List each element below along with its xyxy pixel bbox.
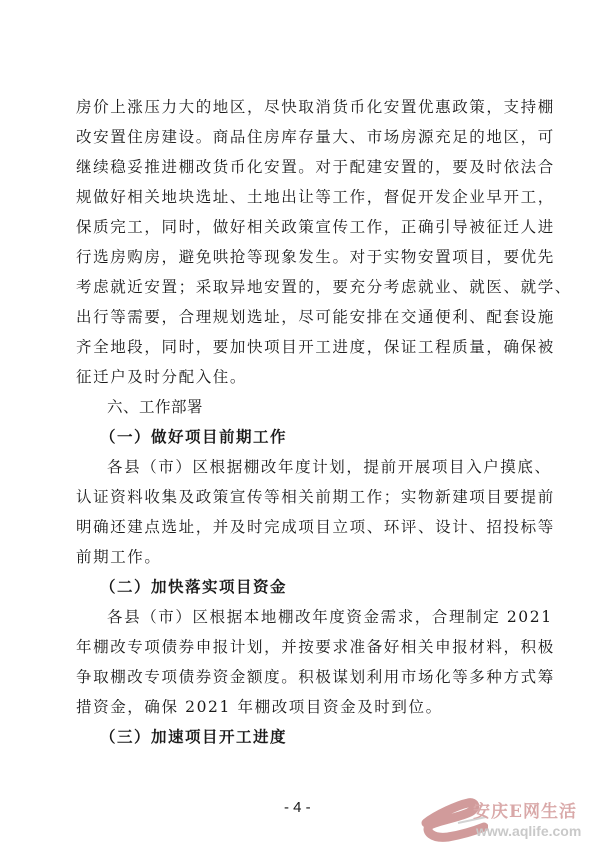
subsection-heading: （一）做好项目前期工作 [76,422,536,452]
text-line: 房价上涨压力大的地区，尽快取消货币化安置优惠政策，支持棚 [76,92,536,122]
document-page: 房价上涨压力大的地区，尽快取消货币化安置优惠政策，支持棚 改安置住房建设。商品住… [0,0,600,846]
text-line: 年棚改专项债券申报计划，并按要求准备好相关申报材料，积极 [76,632,536,662]
subsection-project-preparation: （一）做好项目前期工作 各县（市）区根据棚改年度计划，提前开展项目入户摸底、 认… [76,422,536,572]
text-line: 认证资料收集及政策宣传等相关前期工作；实物新建项目要提前 [76,482,536,512]
text-line: 继续稳妥推进棚改货币化安置。对于配建安置的，要及时依法合 [76,152,536,182]
text-line: 保质完工，同时，做好相关政策宣传工作，正确引导被征迁人进 [76,212,536,242]
text-line: 各县（市）区根据棚改年度计划，提前开展项目入户摸底、 [76,452,536,482]
text-line: 考虑就近安置；采取异地安置的，要充分考虑就业、就医、就学、 [76,272,536,302]
text-line: 措资金，确保 2021 年棚改项目资金及时到位。 [76,692,536,722]
text-line: 明确还建点选址，并及时完成项目立项、环评、设计、招投标等 [76,512,536,542]
text-line: 前期工作。 [76,542,536,572]
text-line: 各县（市）区根据本地棚改年度资金需求，合理制定 2021 [76,602,536,632]
subsection-heading: （三）加速项目开工进度 [76,722,536,752]
text-line: 规做好相关地块选址、土地出让等工作，督促开发企业早开工， [76,182,536,212]
text-line: 改安置住房建设。商品住房库存量大、市场房源充足的地区，可 [76,122,536,152]
text-line: 出行等需要，合理规划选址，尽可能安排在交通便利、配套设施 [76,302,536,332]
page-number: - 4 - [284,799,311,816]
subsection-heading: （二）加快落实项目资金 [76,572,536,602]
watermark-url: www.aqlife.com [476,823,581,839]
watermark: 安庆E网生活 www.aqlife.com [418,793,600,846]
text-line: 争取棚改专项债券资金额度。积极谋划利用市场化等多种方式筹 [76,662,536,692]
section-heading: 六、工作部署 [76,392,536,422]
subsection-project-funding: （二）加快落实项目资金 各县（市）区根据本地棚改年度资金需求，合理制定 2021… [76,572,536,722]
document-body: 房价上涨压力大的地区，尽快取消货币化安置优惠政策，支持棚 改安置住房建设。商品住… [76,92,536,752]
text-line: 行选房购房，避免哄抢等现象发生。对于实物安置项目，要优先 [76,242,536,272]
text-line: 征迁户及时分配入住。 [76,362,536,392]
paragraph-resettlement: 房价上涨压力大的地区，尽快取消货币化安置优惠政策，支持棚 改安置住房建设。商品住… [76,92,536,392]
subsection-construction-progress: （三）加速项目开工进度 [76,722,536,752]
text-line: 齐全地段，同时，要加快项目开工进度，保证工程质量，确保被 [76,332,536,362]
watermark-title: 安庆E网生活 [473,797,577,822]
